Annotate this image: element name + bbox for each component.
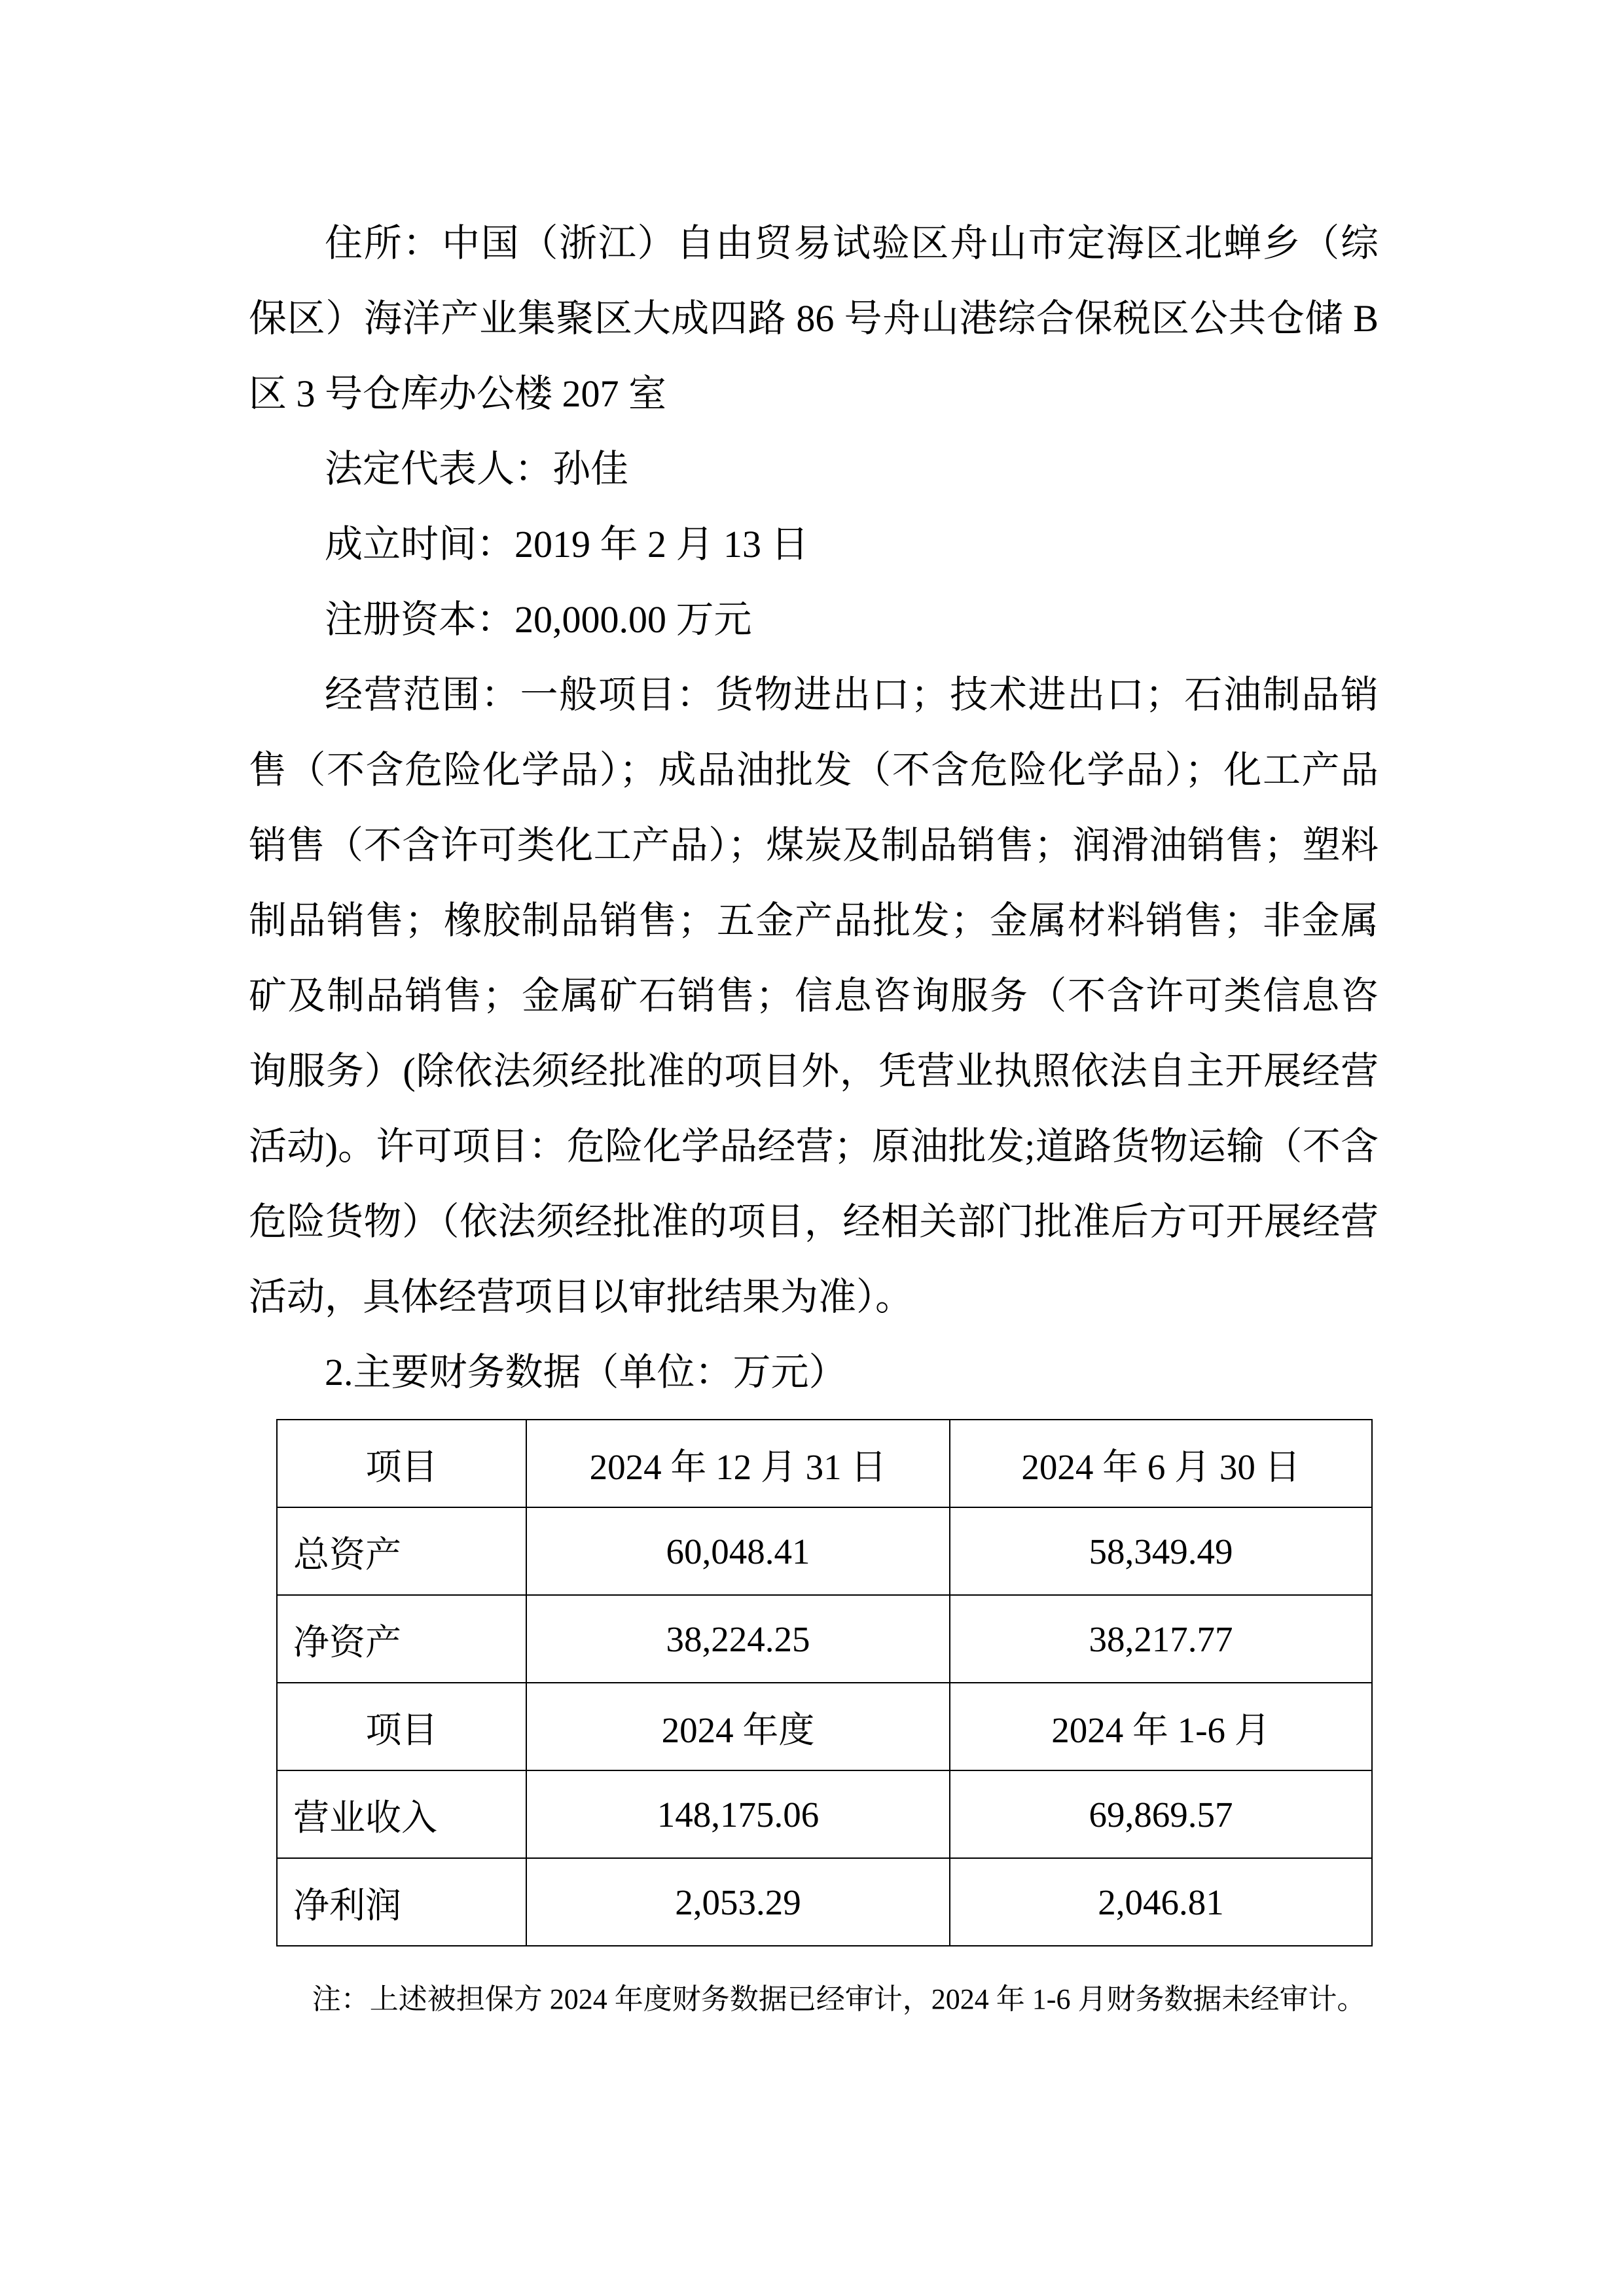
table-cell-value: 60,048.41 (526, 1507, 950, 1595)
document-page: 住所：中国（浙江）自由贸易试验区舟山市定海区北蝉乡（综保区）海洋产业集聚区大成四… (0, 0, 1624, 2296)
table-header-period: 2024 年度 (526, 1683, 950, 1770)
legal-representative-line: 法定代表人：孙佳 (249, 431, 1379, 507)
registered-capital-line: 注册资本：20,000.00 万元 (249, 582, 1379, 657)
table-row: 总资产 60,048.41 58,349.49 (277, 1507, 1372, 1595)
establishment-date-line: 成立时间：2019 年 2 月 13 日 (249, 507, 1379, 582)
table-cell-value: 2,046.81 (950, 1858, 1372, 1946)
table-header-period: 2024 年 1-6 月 (950, 1683, 1372, 1770)
table-row: 营业收入 148,175.06 69,869.57 (277, 1770, 1372, 1858)
table-cell-value: 38,217.77 (950, 1595, 1372, 1683)
table-header-item: 项目 (277, 1420, 526, 1507)
table-row-label: 净利润 (277, 1858, 526, 1946)
address-paragraph: 住所：中国（浙江）自由贸易试验区舟山市定海区北蝉乡（综保区）海洋产业集聚区大成四… (249, 206, 1379, 431)
table-cell-value: 38,224.25 (526, 1595, 950, 1683)
table-row-label: 净资产 (277, 1595, 526, 1683)
table-cell-value: 2,053.29 (526, 1858, 950, 1946)
table-row-label: 营业收入 (277, 1770, 526, 1858)
audit-note: 注：上述被担保方 2024 年度财务数据已经审计，2024 年 1-6 月财务数… (249, 1977, 1379, 2022)
table-row: 项目 2024 年 12 月 31 日 2024 年 6 月 30 日 (277, 1420, 1372, 1507)
table-header-period: 2024 年 12 月 31 日 (526, 1420, 950, 1507)
table-row-label: 总资产 (277, 1507, 526, 1595)
table-row: 净利润 2,053.29 2,046.81 (277, 1858, 1372, 1946)
table-cell-value: 69,869.57 (950, 1770, 1372, 1858)
financial-data-table: 项目 2024 年 12 月 31 日 2024 年 6 月 30 日 总资产 … (276, 1419, 1373, 1946)
table-row: 净资产 38,224.25 38,217.77 (277, 1595, 1372, 1683)
table-header-item: 项目 (277, 1683, 526, 1770)
business-scope-paragraph: 经营范围：一般项目：货物进出口；技术进出口；石油制品销售（不含危险化学品）；成品… (249, 657, 1379, 1335)
financial-data-heading: 2.主要财务数据（单位：万元） (249, 1335, 1379, 1410)
document-content: 住所：中国（浙江）自由贸易试验区舟山市定海区北蝉乡（综保区）海洋产业集聚区大成四… (0, 0, 1624, 2022)
table-header-period: 2024 年 6 月 30 日 (950, 1420, 1372, 1507)
table-row: 项目 2024 年度 2024 年 1-6 月 (277, 1683, 1372, 1770)
table-cell-value: 148,175.06 (526, 1770, 950, 1858)
table-cell-value: 58,349.49 (950, 1507, 1372, 1595)
